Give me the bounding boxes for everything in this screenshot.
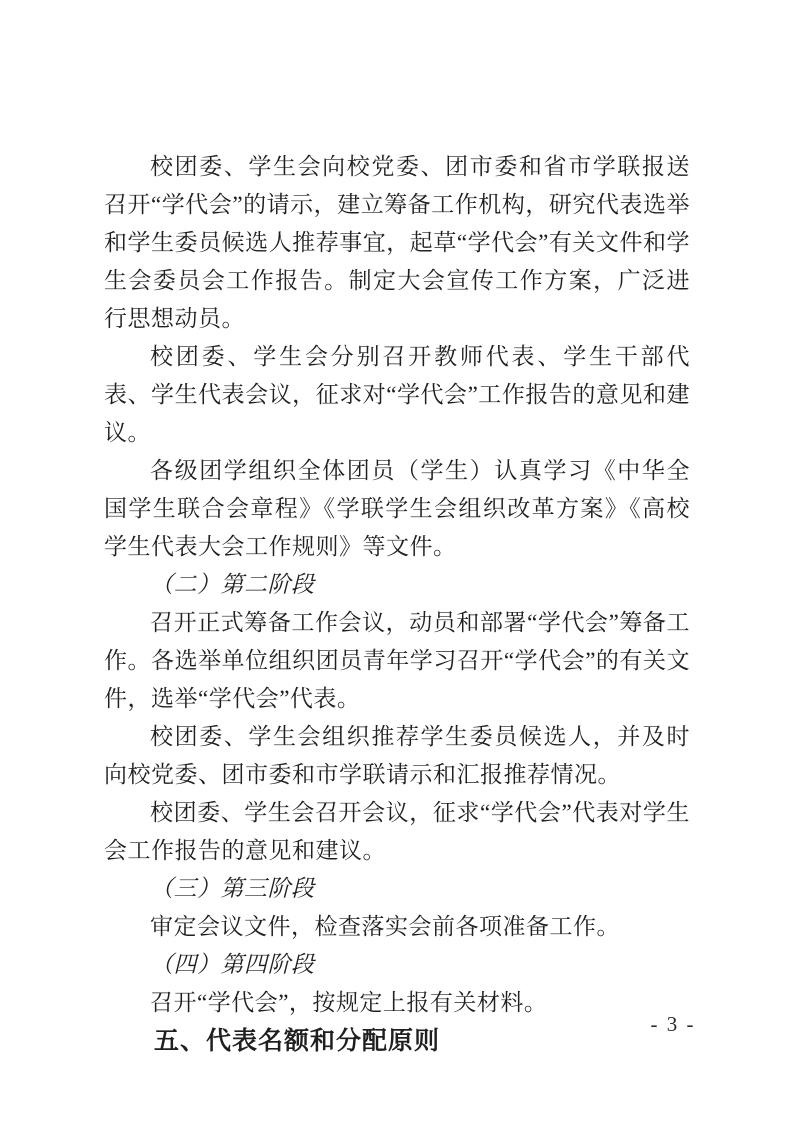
paragraph: 校团委、学生会组织推荐学生委员候选人，并及时向校党委、团市委和市学联请示和汇报推…	[104, 718, 690, 794]
page-number: - 3 -	[633, 1012, 713, 1036]
paragraph: 校团委、学生会召开会议，征求“学代会”代表对学生会工作报告的意见和建议。	[104, 794, 690, 870]
paragraph: 召开正式筹备工作会议，动员和部署“学代会”筹备工作。各选举单位组织团员青年学习召…	[104, 604, 690, 718]
paragraph: 召开“学代会”，按规定上报有关材料。	[104, 984, 690, 1022]
paragraph: 审定会议文件，检查落实会前各项准备工作。	[104, 908, 690, 946]
paragraph: 各级团学组织全体团员（学生）认真学习《中华全国学生联合会章程》《学联学生会组织改…	[104, 452, 690, 566]
paragraph: 校团委、学生会向校党委、团市委和省市学联报送召开“学代会”的请示，建立筹备工作机…	[104, 148, 690, 338]
stage-heading: （三）第三阶段	[104, 870, 690, 908]
document-body: 校团委、学生会向校党委、团市委和省市学联报送召开“学代会”的请示，建立筹备工作机…	[104, 148, 690, 1060]
stage-heading: （二）第二阶段	[104, 566, 690, 604]
document-page: 校团委、学生会向校党委、团市委和省市学联报送召开“学代会”的请示，建立筹备工作机…	[0, 0, 793, 1122]
stage-heading: （四）第四阶段	[104, 946, 690, 984]
section-heading: 五、代表名额和分配原则	[104, 1022, 690, 1060]
paragraph: 校团委、学生会分别召开教师代表、学生干部代表、学生代表会议，征求对“学代会”工作…	[104, 338, 690, 452]
